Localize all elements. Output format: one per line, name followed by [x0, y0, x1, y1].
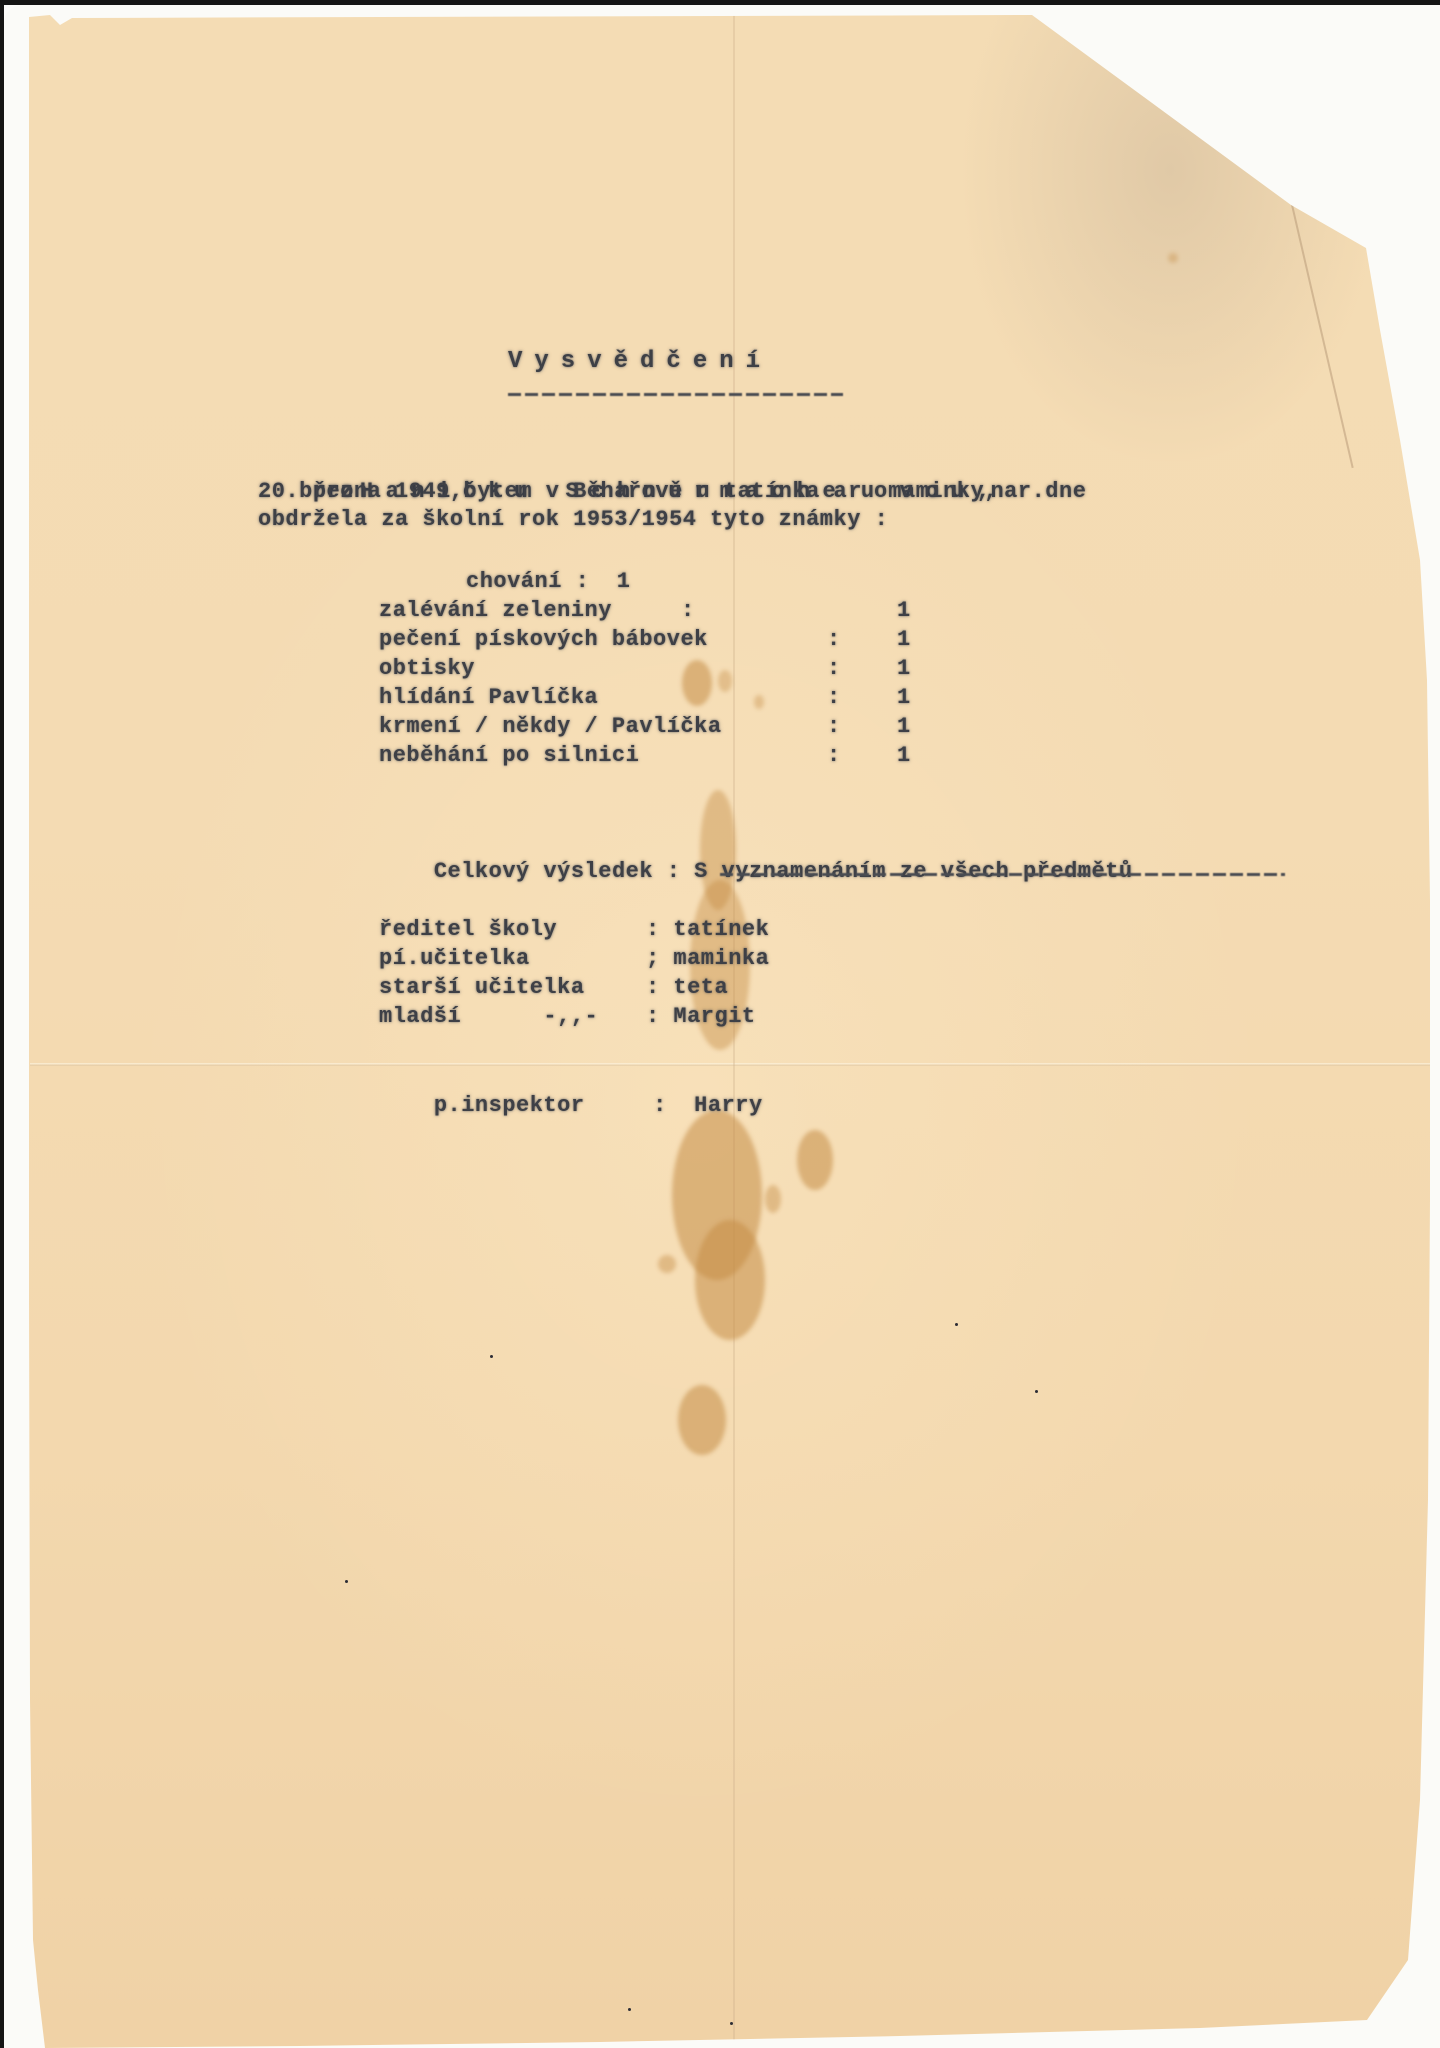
grade-subject: zalévání zeleniny	[379, 598, 612, 623]
stain	[1168, 253, 1178, 263]
grade-separator: :	[827, 626, 841, 654]
grade-separator: :	[827, 742, 841, 770]
grade-value: 1	[897, 655, 911, 683]
document-title: Vysvědčení	[508, 348, 772, 376]
grade-row: chování : 1	[466, 568, 630, 596]
staff-sep: ;	[646, 946, 660, 971]
overall-label: Celkový výsledek	[434, 859, 653, 884]
ink-speck	[1035, 1390, 1038, 1393]
grade-row: zalévání zeleniny:1	[379, 597, 612, 625]
grade-row: krmení / někdy / Pavlíčka:1	[379, 713, 722, 741]
staff-row: starší učitelka: teta	[379, 974, 585, 1002]
scanner-edge-top	[0, 0, 1440, 5]
grade-subject: hlídání Pavlíčka	[379, 685, 598, 710]
paper-sheet: Vysvědčení proHaničku Schnurmacherovou,n…	[0, 0, 1440, 2048]
grade-row: neběhání po silnici:1	[379, 742, 639, 770]
grade-value: 1	[897, 742, 911, 770]
grade-value: 1	[897, 684, 911, 712]
staff-row: ředitel školy: tatínek	[379, 916, 557, 944]
staff-role: mladší -,,-	[379, 1004, 598, 1029]
staff-sep: :	[646, 975, 660, 1000]
ink-speck	[345, 1580, 348, 1583]
grade-value: 1	[897, 713, 911, 741]
grade-separator: :	[827, 655, 841, 683]
grade-row: hlídání Pavlíčka:1	[379, 684, 598, 712]
staff-name: Margit	[673, 1004, 755, 1029]
staff-name: tatínek	[673, 917, 769, 942]
staff-sep: :	[646, 1004, 660, 1029]
stain	[718, 670, 732, 692]
grade-value: 1	[897, 626, 911, 654]
grade-row: pečení pískových bábovek:1	[379, 626, 708, 654]
staff-row: pí.učitelka; maminka	[379, 945, 530, 973]
grade-subject: pečení pískových bábovek	[379, 627, 708, 652]
stain	[682, 660, 712, 706]
stain	[658, 1255, 676, 1273]
grade-value: 1	[897, 597, 911, 625]
grade-value: 1	[617, 569, 631, 594]
stain	[765, 1185, 781, 1213]
grade-subject: obtisky	[379, 656, 475, 681]
staff-name: maminka	[673, 946, 769, 971]
scanner-edge-left	[0, 0, 4, 2048]
ink-speck	[490, 1355, 493, 1358]
stain	[754, 695, 764, 709]
inspector-name: Harry	[694, 1093, 763, 1118]
grade-row: obtisky:1	[379, 655, 475, 683]
corner-fold	[1291, 205, 1354, 469]
inspector-line: p.inspektor : Harry	[379, 1064, 763, 1148]
stain	[695, 1220, 765, 1340]
overall-value: S vyznamenáním ze všech předmětů	[694, 859, 1132, 884]
staff-row: mladší -,,-: Margit	[379, 1003, 598, 1031]
staff-sep: :	[646, 917, 660, 942]
staff-role: ředitel školy	[379, 917, 557, 942]
grade-separator: :	[681, 597, 695, 625]
ink-speck	[730, 2022, 733, 2025]
grade-separator: :	[827, 684, 841, 712]
overall-result: Celkový výsledek : S vyznamenáním ze vše…	[379, 830, 1133, 914]
intro-line-2: 20.března 1949,bytem v Běhařově u tatínk…	[258, 478, 998, 506]
overall-underline	[720, 873, 1285, 876]
ink-speck	[955, 1323, 958, 1326]
inspector-role: p.inspektor	[434, 1093, 585, 1118]
grade-subject: neběhání po silnici	[379, 743, 639, 768]
grade-subject: krmení / někdy / Pavlíčka	[379, 714, 722, 739]
staff-role: starší učitelka	[379, 975, 585, 1000]
grade-subject: chování	[466, 569, 562, 594]
intro-line-3: obdržela za školní rok 1953/1954 tyto zn…	[258, 506, 888, 534]
stain	[678, 1385, 726, 1455]
inspector-sep: :	[653, 1093, 667, 1118]
staff-name: teta	[673, 975, 728, 1000]
grade-separator: :	[827, 713, 841, 741]
title-underline	[508, 393, 843, 396]
stain	[797, 1130, 833, 1190]
ink-speck	[628, 2008, 631, 2011]
staff-role: pí.učitelka	[379, 946, 530, 971]
